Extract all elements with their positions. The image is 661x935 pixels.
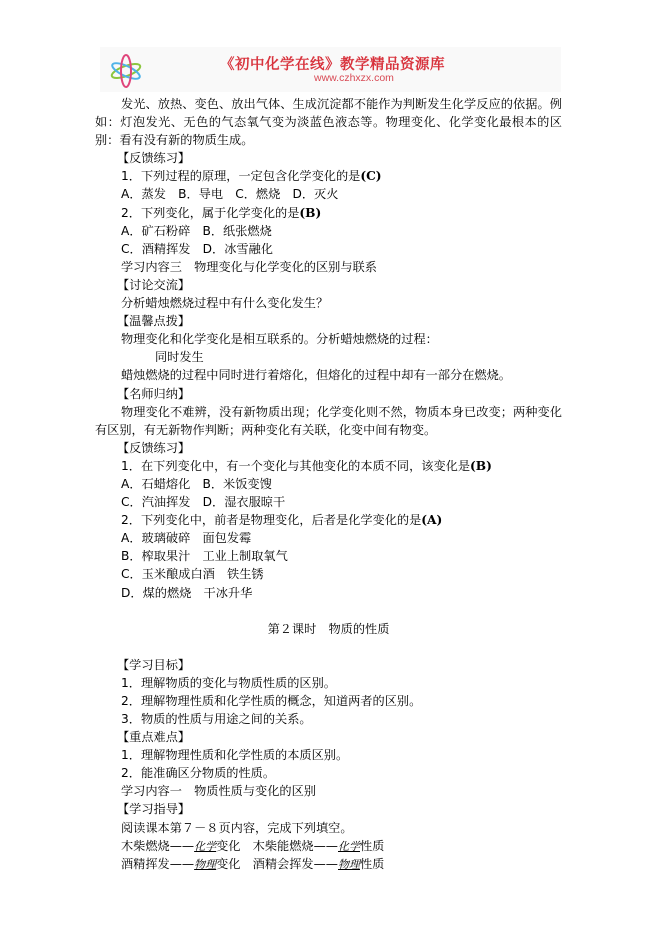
section-heading: 【反馈练习】 [95,439,562,457]
question-options: C．玉米酿成白酒 铁生锈 [95,565,562,583]
objective-item: 1．理解物质的变化与物质性质的区别。 [95,674,562,692]
site-url: www.czhxzx.com [314,72,394,84]
section-heading: 【温馨点拨】 [95,312,562,330]
question: 1．下列过程的原理，一定包含化学变化的是(C) [95,167,562,185]
section-heading: 【重点难点】 [95,728,562,746]
section-heading: 【学习指导】 [95,800,562,818]
answer: (C) [360,169,381,183]
keypoint-item: 2．能准确区分物质的性质。 [95,764,562,782]
atom-orbit-logo-icon [106,50,146,90]
fill-row: 木柴燃烧——化学变化 木柴能燃烧——化学性质 [95,837,562,855]
objective-item: 3．物质的性质与用途之间的关系。 [95,710,562,728]
section-heading: 【反馈练习】 [95,149,562,167]
keypoint-item: 1．理解物理性质和化学性质的本质区别。 [95,746,562,764]
fill-blank: 物理 [338,858,360,871]
header-banner: 《初中化学在线》教学精品资源库 www.czhxzx.com [100,47,561,92]
section-heading: 【学习目标】 [95,656,562,674]
question-options: A．矿石粉碎 B．纸张燃烧 [95,222,562,240]
question-options: A．石蜡熔化 B．米饭变馊 [95,475,562,493]
objective-item: 2．理解物理性质和化学性质的概念，知道两者的区别。 [95,692,562,710]
question-options: C．汽油挥发 D．湿衣服晾干 [95,493,562,511]
fill-blank: 化学 [338,840,360,853]
document-body: 发光、放热、变色、放出气体、生成沉淀都不能作为判断发生化学反应的依据。例如：灯泡… [95,95,562,873]
answer: (A) [421,513,442,527]
question: 1．在下列变化中，有一个变化与其他变化的本质不同，该变化是(B) [95,457,562,475]
tips-text: 蜡烛燃烧的过程中同时进行着熔化，但熔化的过程中却有一部分在燃烧。 [95,366,562,384]
fill-blank: 物理 [194,858,216,871]
site-title: 《初中化学在线》教学精品资源库 [220,53,445,74]
fill-blank: 化学 [194,840,216,853]
question-options: D．煤的燃烧 干冰升华 [95,584,562,602]
question: 2．下列变化中，前者是物理变化，后者是化学变化的是(A) [95,511,562,529]
tips-text: 物理变化和化学变化是相互联系的。分析蜡烛燃烧的过程： [95,330,562,348]
question-options: A．蒸发 B．导电 C．燃烧 D．灭火 [95,185,562,203]
content-title: 学习内容三 物理变化与化学变化的区别与联系 [95,258,562,276]
question-options: C．酒精挥发 D．冰雪融化 [95,240,562,258]
answer: (B) [299,206,321,220]
question-options: B．榨取果汁 工业上制取氧气 [95,547,562,565]
fill-row: 酒精挥发——物理变化 酒精会挥发——物理性质 [95,855,562,873]
question: 2．下列变化，属于化学变化的是(B) [95,204,562,222]
intro-paragraph: 发光、放热、变色、放出气体、生成沉淀都不能作为判断发生化学反应的依据。例如：灯泡… [95,95,562,149]
guide-text: 阅读课本第７－８页内容，完成下列填空。 [95,819,562,837]
section-heading: 【名师归纳】 [95,385,562,403]
discussion-question: 分析蜡烛燃烧过程中有什么变化发生？ [95,294,562,312]
tips-text: 同时发生 [95,348,562,366]
section-heading: 【讨论交流】 [95,276,562,294]
answer: (B) [470,459,492,473]
question-options: A．玻璃破碎 面包发霉 [95,529,562,547]
content-title: 学习内容一 物质性质与变化的区别 [95,782,562,800]
summary-paragraph: 物理变化不难辨，没有新物质出现；化学变化则不然，物质本身已改变；两种变化有区别，… [95,403,562,439]
lesson-title: 第２课时 物质的性质 [95,620,562,638]
